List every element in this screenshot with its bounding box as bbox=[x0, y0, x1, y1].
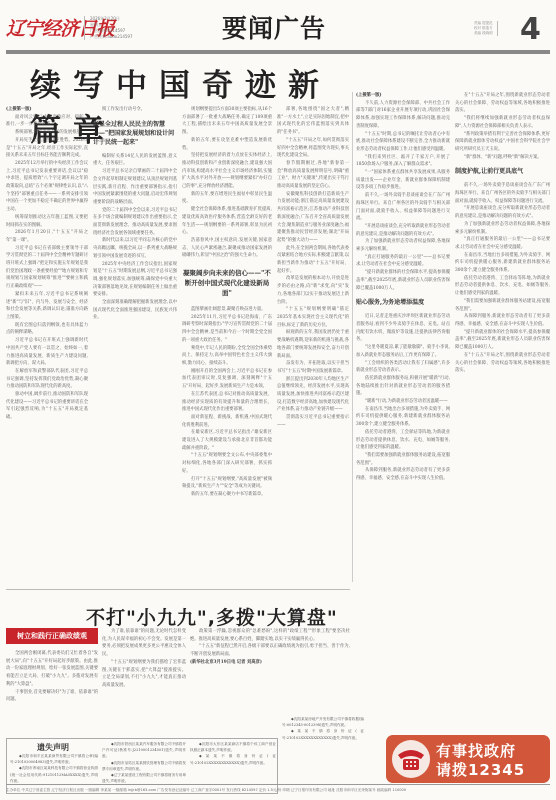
paragraph: 浩荡春风中,国主权意向,发展关键,国家意志、人民心声紧密融合,凝聚成推动国家发展… bbox=[182, 237, 272, 260]
hotline-line-2: 请拨12345 bbox=[436, 759, 525, 780]
masthead-rule bbox=[6, 50, 550, 54]
paragraph: "十五五"开局之年,如何贯彻落实好四中全会精神,将蓝图变为现实,事关现代化建设全… bbox=[277, 137, 349, 160]
notice-item: ◆沈阳市和平区某某商贸有限公司不慎将公章(编号:2101020004983)遗失… bbox=[10, 753, 98, 765]
subheading: 贴心服务,为务途增添温度 bbox=[356, 298, 450, 307]
editorial-tag: 树立和践行正确政绩观 bbox=[6, 628, 98, 644]
paragraph: 此外,在全国两会期间,各地代表委员紧密结合地方实际,积极建言献策,以新担当新作为… bbox=[277, 245, 349, 276]
paragraph: "提升新就业群体的社会保障水平,提高参保覆盖率",截至2025年底,新就业形态人… bbox=[455, 329, 550, 352]
paragraph: "十五五"规划纲要为我们描绘了宏伟蓝图,关键在于抓落实,把"大算盘"拨准拨实。立… bbox=[102, 659, 186, 690]
paragraph: "开展恳谈座谈会,充分听取新就业形态劳动者的意见建议,是推动解决问题的有效方式"… bbox=[356, 223, 450, 238]
column-divider bbox=[352, 92, 353, 582]
paragraph: 规划纲要提出5方面30项主要指标,从16个方面部署了一批重大战略任务,确定了10… bbox=[182, 106, 272, 137]
notice-item: ◆沈阳市浑南区某某科技有限公司不慎将营业执照(统一社会信用代码:91210112… bbox=[10, 765, 98, 783]
paragraph: "我们来到社区、敲开了千家万户,开展了1850余场入户服务,深入了解群众需求"。 bbox=[356, 154, 450, 169]
paragraph: 新的五年,要在凝心聚力中书写新篇章。 bbox=[182, 491, 272, 499]
paragraph: 系统部署,筑牢未来五年的发展根基。 bbox=[6, 129, 88, 137]
paragraph: 政策第一浮躁,忽视群众的"急难愁盼",这样的"政绩工程""形象工程"要坚决杜绝。… bbox=[190, 628, 350, 643]
paragraph: 为了加强新就业形态劳动者权益保障,各地探索多元解纷机制。 bbox=[356, 238, 450, 253]
paragraph: 萦绕中,牢记人民的期盼,全党全国全体乘势而上、保持定力,高举中国特色社会主义伟大… bbox=[182, 345, 272, 368]
paragraph: 浙江提出到2030年人均地区生产总值继续领先、经济发展水平,实现高质量发展,加快… bbox=[277, 376, 349, 415]
lead-column-1: (上接第一版) 面对风云变幻,中国高效应对、稳舵、准行,一步一步靠锐未来。 系统… bbox=[6, 106, 88, 576]
paragraph: 全国两会刚闭幕,代表委员们又忙着各自"发展大局",向"十五五"开好局起好步献策。… bbox=[6, 650, 98, 689]
paragraph: 党的二十届四中全会以来,习近平总书记在多个场合就编制规划建议作出重要指示,全面贯… bbox=[93, 207, 177, 238]
paragraph: 从保障到服务,新就业形态劳动者有了更多获得感、幸福感、安全感,在奋斗中实现人生价… bbox=[356, 467, 450, 482]
paragraph: "一"国家体系重点群体共享发展成果,从服务质量出发——企业年金、新就业群体保障机… bbox=[356, 169, 450, 192]
ad-fax: 广告传真:aodo214597 bbox=[90, 34, 133, 40]
paragraph: 坚持把发展经济的着力点放在实体经济上,推动科技创新和产业创新深度融合,建设强大国… bbox=[182, 152, 272, 191]
notice-item: ◆某某不慎将身份证(证号:210102XXXXXXXXXXXX)遗失,声明作废。 bbox=[190, 753, 276, 765]
paragraph: 春节假期刚过,各地"新春第一会"释放高质量发展鲜明信号,明确"重工业"、财力"关… bbox=[277, 160, 349, 191]
paragraph: 面对风云变幻,中国高效应对、稳舵、准行,一步一步靠锐未来。 bbox=[6, 114, 88, 129]
paragraph: "暖新"行动,为新就业形态劳动者送温暖—— bbox=[356, 398, 450, 406]
notice-item: ◆沈阳某某房地产开发有限公司不慎将收据(编号:0012345-0012398)遗… bbox=[282, 716, 364, 728]
paragraph: "真正打通服务的最后一公里"——总书记要求,让劳动者在社会中充分感受温暖。 bbox=[356, 254, 450, 269]
notice-item: ◆某某不慎将身份证(证号:210102XXXXXXXXXXXX)遗失,声明作废。 bbox=[282, 728, 364, 740]
paragraph: "这里冬暖夏凉,累了能歇歇脚"。骑手小李说,加入新就业形态服务站后,工作更有保障… bbox=[356, 344, 450, 359]
paragraph: 奋发有为、开拓进取,以实干担当书写"十五五"时期中国发展新篇章。 bbox=[277, 360, 349, 375]
paragraph: 健全社会保障体系,推进基础教育扩优提质,建设优质高效医疗服务体系,营造全龄友好的… bbox=[182, 206, 272, 237]
paragraph: "我们将继续加强新就业形态劳动者权益保障",人力资源社会保障部相关负责人表示。 bbox=[455, 115, 550, 130]
paragraph: 前不久,一场外卖骑手恳谈座谈会在广东广州海珠区举行。来自广州各区的外卖骑手与相关… bbox=[455, 182, 550, 205]
lost-notice-col-2: ◆沈阳市铁西区某某汽车服务有限公司不慎将开户许可证(核准号:J221000123… bbox=[102, 741, 186, 785]
paragraph: "十五五"规划纲要明确"锚定2035年基本实现社会主义现代化"的目标,标定了新的… bbox=[277, 306, 349, 329]
paragraph: 驱动中国,阔步前行,推动国防和军队现代化建设——习近平总书记的重要讲话在全军引起… bbox=[6, 391, 88, 422]
paragraph: "十五五"新征程已然开启,各级干部要以正确政绩观为指引,勇于担当、善于作为,不断… bbox=[190, 643, 350, 658]
lead-column-2: 阅工作发出行动号令。 彰显全过程人民民主的智慧——"把国家发展规划和设计问计于民… bbox=[93, 106, 177, 576]
paragraph: 编制好关系14亿人民的发展蓝图,意义重大、任务艰巨。 bbox=[93, 153, 177, 168]
section-title: 要闻广告 bbox=[222, 9, 326, 45]
continued-label: (上接第一版) bbox=[356, 92, 450, 100]
paragraph: 阅工作发出行动号令。 bbox=[93, 106, 177, 114]
paragraph: 为了加强新就业形态劳动者权益保障,各地探索多元解纷机制。 bbox=[455, 221, 550, 236]
paragraph: "十五五"时期,总书记的嘱托让劳动者心中有底,推动社会保障体系建设不断完善,全力… bbox=[356, 131, 450, 154]
paragraph: 习近平总书记在省部级主要领导干部学习贯彻党的二十届四中全会精神专题研讨班开班式上… bbox=[6, 245, 88, 291]
paragraph: 依托劳动者港湾、工会驿站等阵地,为新就业形态劳动者提供休息、饮水、充电、如厕等服… bbox=[455, 275, 550, 298]
paragraph: 开局见手全局,起步决定胜势。2026年是"十五五"开局之年,经济工作实际起步,直… bbox=[6, 137, 88, 160]
editor-line: 美编 段晓明 bbox=[474, 31, 493, 36]
subheading: 制度护航,让前行更具底气 bbox=[455, 167, 550, 176]
hotline-ad: 有事找政府 请拨12345 bbox=[386, 735, 550, 783]
paragraph: 2025年中央经济工作会议指出,国家规划是"十五五"时期发展总纲,习近平总书记强… bbox=[93, 261, 177, 300]
masthead: 辽宁经济日报 2026年3月20日 星期五 广告热线:8214597 广告传真:… bbox=[0, 0, 556, 46]
paragraph: 在"十五五"开局之年,围绕新就业形态劳动者关心的社会保障、劳动权益等领域,各地积… bbox=[455, 352, 550, 375]
paragraph: 2026年1月20日,"十五五"开局之年"第一课"。 bbox=[6, 229, 88, 244]
paragraph: 依托新就业群体服务站,积极开展"暖新"行动,各地陆续推出针对新就业形态劳动者的服… bbox=[356, 375, 450, 398]
lost-notice-col-3: ◆沈阳市大东区某某商店不慎将个体工商户营业执照正副本遗失,声明作废。 ◆某某不慎… bbox=[190, 741, 276, 785]
paragraph: "提升新就业群体的社会保障水平,提高参保覆盖率",截至2025年底,新就业形态人… bbox=[356, 269, 450, 292]
paragraph: 纵观新的五年,我国发展仍处于重要战略机遇期,迎来新的机遇与挑战,各地各部门要统筹… bbox=[277, 329, 349, 360]
paragraph: "工会组织的各类活动让我有了归属感",许多新就业形态劳动者表示。 bbox=[356, 360, 450, 375]
editors-list: 责编 提提范 校对 缤逢方 美编 段晓明 bbox=[474, 21, 498, 36]
paragraph: "真正打通服务的最后一公里"——总书记要求,让劳动者在社会中充分感受温暖。 bbox=[455, 236, 550, 251]
byline: (新华社北京3月19日电 记者 刘高彦) bbox=[190, 659, 350, 667]
paragraph: 新时代以来,以习近平同志为核心的党中央高瞻远瞩、统揽全局,以一系列重大战略规划引… bbox=[93, 237, 177, 260]
paragraph: 新的五年,要在攻坚克难中塑造发展新优势。 bbox=[182, 137, 272, 152]
footer-info: 主办单位 中共辽宁省委主管 辽宁经济日报社出版 一版编辑 李某某 一版邮箱 ln… bbox=[6, 786, 550, 794]
paragraph: "我们需要加强新就业群体服务站建设,拓宽服务范围"。 bbox=[455, 298, 550, 313]
paragraph: 刚刚开启的全国两会上,习近平总书记在参加代表团审议时,反复强调、深刻阐释"十五五… bbox=[182, 368, 272, 391]
paragraph: 2025年12月举行的中央经济工作会议上,习近平总书记发表重要讲话,会议以"稳中… bbox=[6, 160, 88, 214]
paragraph: 蓝图擘画壮阔愿景,凝聚召唤奋进力量。 bbox=[182, 306, 272, 314]
paragraph: "十五五"规划纲要全文公布,中央部委集中对标细化,各地各部门深入研究部署、抓实抓… bbox=[182, 452, 272, 475]
lost-notice-title: 遗失声明 bbox=[8, 742, 98, 753]
lead-column-3: 规划纲要提出5方面30项主要指标,从16个方面部署了一批重大战略任务,确定了10… bbox=[182, 106, 272, 576]
paragraph: 部署,各地围绕"国之大者",精准"一方水土",立足实际因地制宜,把中国式现代化的… bbox=[277, 106, 349, 137]
paragraph: 安徽聚焦科技创新打造新质生产力发展动能;浙江锚定高质量发展建设共同富裕示范区;江… bbox=[277, 191, 349, 245]
side-column-1: (上接第一版) 不久前,人力资源社会保障部、中共社会工作部等7部门对16家企业开… bbox=[356, 92, 450, 732]
paragraph: 全面深刻准确理解把握新发展理念,以中国式现代化全面推进强国建设、民族复兴伟业。 bbox=[93, 299, 177, 322]
paragraph: "系列政策举措有利于完善社会保障体系,更好保障新就业群体劳动权益",中国社会科学… bbox=[455, 131, 550, 154]
paragraph: 近日,记者走进重庆沙坪坝区新就业形态劳动者服务站,看到不少外卖骑手在休息、充电。… bbox=[356, 313, 450, 344]
lost-notice-col-1: ◆沈阳市和平区某某商贸有限公司不慎将公章(编号:2101020004983)遗失… bbox=[10, 753, 98, 783]
continued-label: (上接第一版) bbox=[6, 106, 88, 114]
second-column-1: 全国两会刚闭幕,代表委员们又忙着各自"发展大局",向"十五五"开好局起好步献策。… bbox=[6, 650, 98, 732]
paragraph: "新"群体、"新"问题,呼唤"新"解决方案。 bbox=[455, 154, 550, 162]
paragraph: "开展恳谈座谈会,充分听取新就业形态劳动者的意见建议,是推动解决问题的有效方式"… bbox=[455, 205, 550, 220]
paragraph: 在解放军和武警部队代表团,习近平总书记强调,坚持发挥我们党政治优势,凝心聚力推动… bbox=[6, 368, 88, 391]
story-divider bbox=[6, 589, 350, 590]
paragraph: 为了谁,依靠谁"的问题,无论时代怎样变化,为人民谋幸福的初心不会变。发展是第一要… bbox=[102, 628, 186, 659]
notice-item: ◆沈阳市大东区某某商店不慎将个体工商户营业执照正副本遗失,声明作废。 bbox=[190, 741, 276, 753]
second-headline: 不打"小九九",多拨"大算盘" bbox=[86, 603, 338, 630]
paragraph: 前不久,一场外卖骑手恳谈座谈会在广东广州海珠区举行。来自广州各区的外卖骑手与相关… bbox=[356, 192, 450, 223]
notice-item: ◆沈阳市皇姑区某某餐饮管理有限公司不慎将发票专用章遗失,声明作废。 bbox=[102, 760, 186, 772]
masthead-meta: 2026年3月20日 星期五 广告热线:8214597 广告传真:aodo214… bbox=[84, 16, 133, 40]
paragraph: 面对新征程、新挑战、新机遇,中国式现代化将胜利前进。 bbox=[182, 414, 272, 429]
paragraph: 贯彻落实习近平总书记重要指示—— bbox=[277, 414, 349, 429]
paragraph: 习近平总书记在开班式上强调新时代中国共产党人要有一以贯之、始终如一,着力推进高质… bbox=[6, 337, 88, 368]
notice-item: ◆辽宁某某建设工程有限公司不慎将财务专用章遗失,声明作废。 bbox=[102, 772, 186, 784]
paragraph: 既有宏图总归落到纲领,也有具体蓝力点的阐释谋略。 bbox=[6, 322, 88, 337]
paragraph: 在南昌市,当地出台多项措施,为外卖骑手、网约车司机提供暖心服务,新建新就业群体服… bbox=[356, 406, 450, 429]
lead-column-4: 部署,各地围绕"国之大者",精准"一方水土",立足实际因地制宜,把中国式现代化的… bbox=[277, 106, 349, 576]
paragraph: "我们需要加强新就业群体服务站建设,拓宽服务范围"。 bbox=[356, 452, 450, 467]
paragraph: 依托劳动者港湾、工会驿站等阵地,为新就业形态劳动者提供休息、饮水、充电、如厕等服… bbox=[356, 429, 450, 452]
paragraph: 改革是发展的根本动力,开放是进步的必由之路,向"新"求变,向"实"发力,各地各部… bbox=[277, 275, 349, 306]
paragraph: 新的五年,要在增进民生福祉中彰显民生温度。 bbox=[182, 191, 272, 206]
telephone-icon bbox=[392, 740, 430, 778]
subheading: 彰显全过程人民民主的智慧——"把国家发展规划和设计问计于民统一起来" bbox=[93, 120, 177, 147]
paragraph: 习近平总书记亲自擘画的二十届四中全会文件起草组制定规划建议,从顶层规划到基层实践… bbox=[93, 168, 177, 207]
side-column-2: 在"十五五"开局之年,围绕新就业形态劳动者关心的社会保障、劳动权益等领域,各地积… bbox=[455, 92, 550, 732]
second-column-2: 为了谁,依靠谁"的问题,无论时代怎样变化,为人民谋幸福的初心不会变。发展是第一要… bbox=[102, 628, 186, 732]
paragraph: 在南昌市,当地出台多项措施,为外卖骑手、网约车司机提供暖心服务,新建新就业群体服… bbox=[455, 252, 550, 275]
paragraph: 在雄安新区,习近平总书记指出:"雄安新区建设进入了大规模建设与承接北京非首都功能… bbox=[182, 429, 272, 452]
paragraph: 统筹谋划推动这五年施工蓝图,又要把时间抓在实的图解。 bbox=[6, 214, 88, 229]
subheading: 凝聚阔步向未来的信心——"不断开创中国式现代化建设新局面" bbox=[182, 268, 272, 298]
lost-notice-col-4: ◆沈阳某某房地产开发有限公司不慎将收据(编号:0012345-0012398)遗… bbox=[282, 716, 364, 778]
paragraph: 在"十五五"开局之年,围绕新就业形态劳动者关心的社会保障、劳动权益等领域,各地积… bbox=[455, 92, 550, 115]
paragraph: 打开"十五五"规划纲要,"高质量发展"被频频提及,"新质生产力""安全"等成为关… bbox=[182, 476, 272, 491]
paragraph: 在江苏代表团,总书记对推动高质量发展、推动经济实现质的有效提升和量的合理增长、推… bbox=[182, 391, 272, 414]
paragraph: 紧扣未来五年,习近平总书记系统阐述"新"与"旧"、内与外、发展与安全、经济和社会… bbox=[6, 291, 88, 322]
notice-item: ◆沈阳市铁西区某某汽车服务有限公司不慎将开户许可证(核准号:J221000123… bbox=[102, 741, 186, 760]
paragraph: 不久前,人力资源社会保障部、中共社会工作部等7部门对16家企业开展专项行动,巩固… bbox=[356, 100, 450, 131]
paragraph: 从保障到服务,新就业形态劳动者有了更多获得感、幸福感、安全感,在奋斗中实现人生价… bbox=[455, 313, 550, 328]
paragraph: 干事创业,首先要解决好"为了谁、依靠谁"的问题。 bbox=[6, 689, 98, 704]
paragraph: 2025年11月,习近平总书记赴海南、广东调研考察时深刻指出:"学习宣传贯彻党的… bbox=[182, 314, 272, 345]
hotline-line-1: 有事找政府 bbox=[436, 740, 516, 761]
footer-rule bbox=[6, 784, 550, 785]
page-number: 4 bbox=[520, 12, 541, 47]
